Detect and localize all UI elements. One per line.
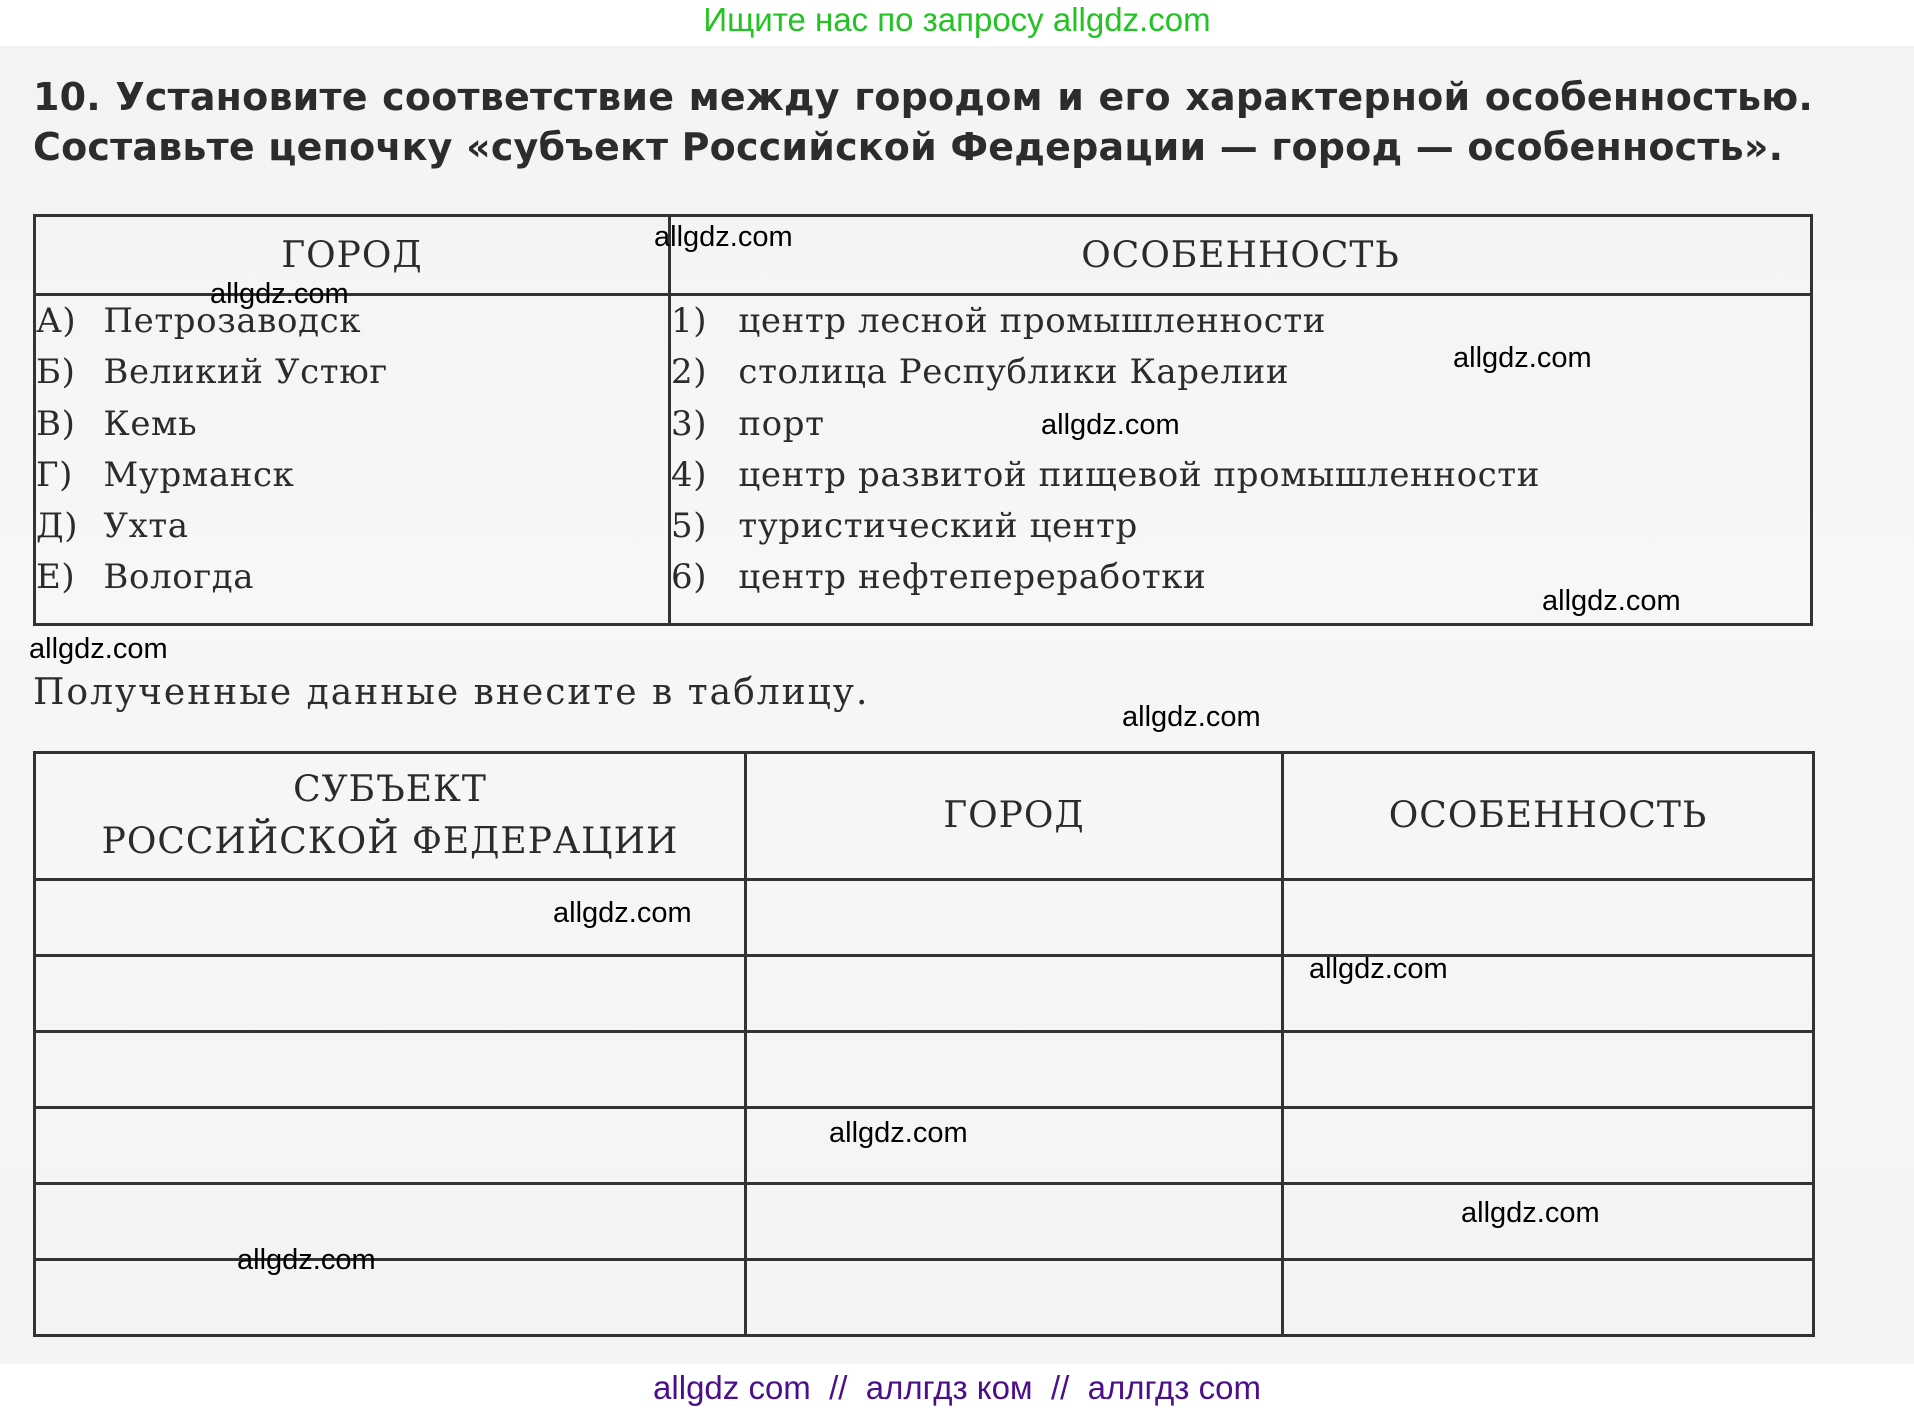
- item-text: порт: [738, 404, 824, 444]
- answer-cell-city[interactable]: [746, 1184, 1283, 1260]
- answer-cell-feature[interactable]: [1283, 880, 1814, 956]
- header-subject-line1: СУБЪЕКТ: [293, 769, 487, 810]
- item-label: 2): [671, 347, 727, 398]
- header-city: ГОРОД: [35, 216, 670, 295]
- answer-row: [35, 880, 1814, 956]
- item-text: Мурманск: [103, 455, 294, 495]
- watermark: allgdz.com: [237, 1245, 376, 1275]
- item-label: 3): [671, 399, 727, 450]
- item-label: 6): [671, 552, 727, 603]
- item-label: Г): [36, 450, 92, 501]
- watermark: allgdz.com: [210, 279, 349, 309]
- header-city: ГОРОД: [746, 753, 1283, 880]
- city-item: Е) Вологда: [36, 552, 668, 603]
- item-text: туристический центр: [738, 506, 1137, 546]
- answer-cell-city[interactable]: [746, 1032, 1283, 1108]
- item-label: В): [36, 399, 92, 450]
- item-label: 4): [671, 450, 727, 501]
- city-item: Б) Великий Устюг: [36, 347, 668, 398]
- header-subject-line2: РОССИЙСКОЙ ФЕДЕРАЦИИ: [102, 821, 679, 862]
- item-label: 5): [671, 501, 727, 552]
- answer-row: [35, 1032, 1814, 1108]
- watermark: allgdz.com: [553, 898, 692, 928]
- answer-cell-subject[interactable]: [35, 1260, 746, 1336]
- item-text: центр лесной промышленности: [738, 301, 1326, 341]
- city-item: А) Петрозаводск: [36, 296, 668, 347]
- answer-cell-subject[interactable]: [35, 956, 746, 1032]
- instruction-text: Полученные данные внесите в таблицу.: [33, 672, 869, 713]
- item-text: Кемь: [103, 404, 197, 444]
- cities-list: А) ПетрозаводскБ) Великий УстюгВ) КемьГ)…: [36, 296, 668, 604]
- answer-cell-feature[interactable]: [1283, 1108, 1814, 1184]
- item-text: центр нефтепереработки: [738, 557, 1206, 597]
- search-banner: Ищите нас по запросу allgdz.com: [0, 0, 1914, 46]
- task-statement: 10. Установите соответствие между городо…: [33, 72, 1813, 172]
- answer-row: [35, 956, 1814, 1032]
- item-label: Д): [36, 501, 92, 552]
- item-text: Ухта: [103, 506, 188, 546]
- watermark: allgdz.com: [1041, 410, 1180, 440]
- answer-cell-city[interactable]: [746, 1108, 1283, 1184]
- watermark: allgdz.com: [1122, 702, 1261, 732]
- city-item: Д) Ухта: [36, 501, 668, 552]
- matching-table: ГОРОД ОСОБЕННОСТЬ А) ПетрозаводскБ) Вели…: [33, 214, 1813, 626]
- item-label: Б): [36, 347, 92, 398]
- watermark: allgdz.com: [1542, 586, 1681, 616]
- watermark: allgdz.com: [829, 1118, 968, 1148]
- watermark: allgdz.com: [29, 634, 168, 664]
- answer-cell-feature[interactable]: [1283, 1032, 1814, 1108]
- item-label: Е): [36, 552, 92, 603]
- features-cell: 1) центр лесной промышленности2) столица…: [670, 295, 1812, 625]
- city-item: В) Кемь: [36, 399, 668, 450]
- watermark: allgdz.com: [1453, 343, 1592, 373]
- task-line-1: 10. Установите соответствие между городо…: [33, 72, 1813, 122]
- answer-cell-city[interactable]: [746, 1260, 1283, 1336]
- watermark: allgdz.com: [1461, 1198, 1600, 1228]
- item-text: Вологда: [103, 557, 254, 597]
- cities-cell: А) ПетрозаводскБ) Великий УстюгВ) КемьГ)…: [35, 295, 670, 625]
- answer-cell-subject[interactable]: [35, 1032, 746, 1108]
- feature-item: 1) центр лесной промышленности: [671, 296, 1810, 347]
- city-item: Г) Мурманск: [36, 450, 668, 501]
- task-line-2: Составьте цепочку «субъект Российской Фе…: [33, 122, 1813, 172]
- watermark: allgdz.com: [1309, 954, 1448, 984]
- footer-watermark: allgdz com // аллгдз ком // аллгдз com: [0, 1364, 1914, 1414]
- answer-cell-subject[interactable]: [35, 1108, 746, 1184]
- answer-cell-feature[interactable]: [1283, 1260, 1814, 1336]
- header-feature: ОСОБЕННОСТЬ: [670, 216, 1812, 295]
- header-feature: ОСОБЕННОСТЬ: [1283, 753, 1814, 880]
- item-label: 1): [671, 296, 727, 347]
- item-text: столица Республики Карелии: [738, 352, 1289, 392]
- header-subject: СУБЪЕКТ РОССИЙСКОЙ ФЕДЕРАЦИИ: [35, 753, 746, 880]
- answer-cell-subject[interactable]: [35, 1184, 746, 1260]
- item-text: центр развитой пищевой промышленности: [738, 455, 1540, 495]
- answer-cell-city[interactable]: [746, 880, 1283, 956]
- feature-item: 5) туристический центр: [671, 501, 1810, 552]
- feature-item: 3) порт: [671, 399, 1810, 450]
- item-label: А): [36, 296, 92, 347]
- item-text: Великий Устюг: [103, 352, 387, 392]
- watermark: allgdz.com: [654, 222, 793, 252]
- features-list: 1) центр лесной промышленности2) столица…: [671, 296, 1810, 604]
- feature-item: 2) столица Республики Карелии: [671, 347, 1810, 398]
- answer-cell-city[interactable]: [746, 956, 1283, 1032]
- feature-item: 4) центр развитой пищевой промышленности: [671, 450, 1810, 501]
